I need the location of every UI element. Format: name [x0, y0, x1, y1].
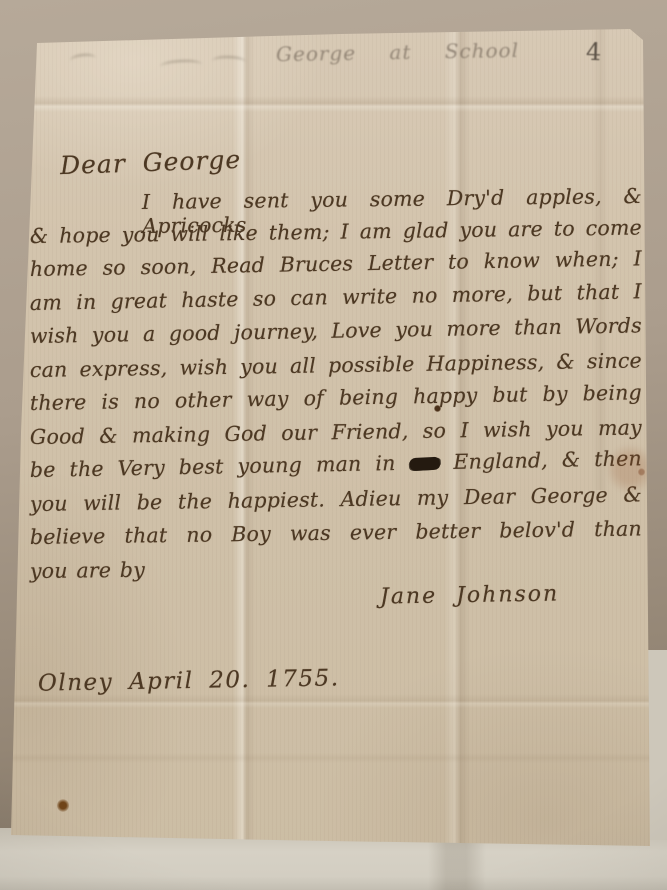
pencil-smudge: [160, 59, 203, 72]
pencil-smudge: [69, 53, 96, 67]
dateline: Olney April 20. 1755.: [38, 665, 340, 696]
horizontal-fold-crease: [0, 96, 667, 112]
scribbled-out-word: [409, 457, 440, 472]
letter-page: George at School 4 Dear George I have se…: [0, 0, 667, 890]
signature: Jane Johnson: [380, 581, 560, 609]
page-number: 4: [586, 38, 602, 67]
salutation: Dear George: [60, 145, 242, 180]
letter-line: believe that no Boy was ever better belo…: [30, 516, 642, 558]
horizontal-fold-crease: [0, 753, 667, 763]
horizontal-fold-crease: [0, 694, 667, 708]
pencil-smudge: [212, 55, 246, 67]
letter-body: I have sent you some Dry'd apples, & Apr…: [30, 190, 642, 592]
photograph-of-letter: George at School 4 Dear George I have se…: [0, 0, 667, 890]
ink-stain: [57, 799, 69, 812]
pencil-inscription: George at School: [276, 38, 519, 66]
letter-line-text: England, & then: [453, 446, 642, 474]
